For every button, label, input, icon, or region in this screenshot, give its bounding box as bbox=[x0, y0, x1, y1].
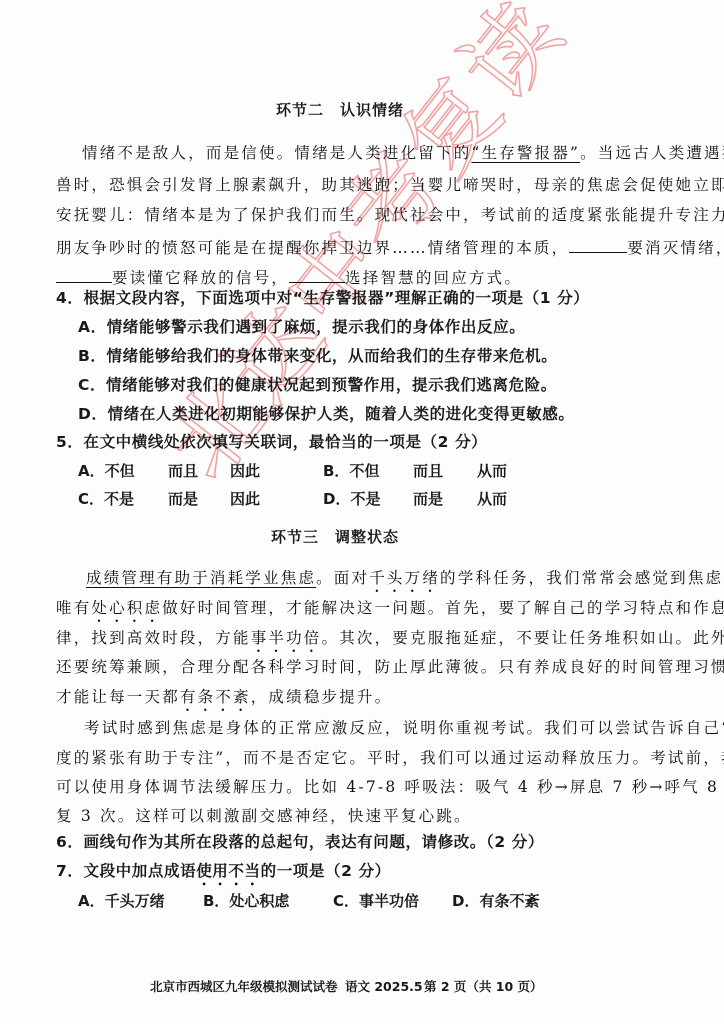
paragraph-line: 要读懂它释放的信号，选择智慧的回应方式。 bbox=[56, 266, 522, 288]
option-a[interactable]: A．千头万绪 bbox=[78, 891, 165, 911]
text: ，成绩稳步提升。 bbox=[251, 688, 393, 706]
text: 要消灭情绪， bbox=[627, 239, 724, 257]
option-a[interactable]: A．情绪能够警示我们遇到了麻烦，提示我们的身体作出反应。 bbox=[78, 317, 525, 337]
paragraph-line: 还要统筹兼顾，合理分配各科学习时间，防止厚此薄彼。只有养成良好的时间管理习惯， bbox=[56, 657, 724, 677]
option-label: B．不但 bbox=[323, 461, 379, 481]
option-b[interactable]: B．处心积虑 bbox=[203, 891, 289, 911]
option-word: 因此 bbox=[230, 461, 260, 481]
paragraph-line: 度的紧张有助于专注”，而不是否定它。平时，我们可以通过运动释放压力。考试前，我们 bbox=[56, 748, 724, 768]
paragraph-line: 成绩管理有助于消耗学业焦虑。面对千头万绪的学科任务，我们常常会感觉到焦虑， bbox=[86, 568, 724, 596]
option-c[interactable]: C．情绪能够对我们的健康状况起到预警作用，提示我们逃离危险。 bbox=[78, 375, 557, 395]
paragraph-line: 情绪不是敌人，而是信使。情绪是人类进化留下的“生存警报器”。当远古人类遭遇猛 bbox=[82, 143, 724, 163]
text: 才能让每一天都 bbox=[56, 688, 180, 706]
text: 情绪不是敌人，而是信使。情绪是人类进化留下的 bbox=[82, 144, 471, 162]
option-word: 因此 bbox=[230, 489, 260, 509]
text: 要读懂它释放的信号， bbox=[112, 269, 289, 287]
dotted-idiom: 有条不紊 bbox=[180, 688, 251, 706]
text: 7．文段中加点成语 bbox=[56, 862, 196, 880]
dotted-idiom: 事半功倍 bbox=[251, 629, 322, 647]
option-word: 而是 bbox=[413, 489, 443, 509]
dotted-idiom: 处心积虑 bbox=[91, 599, 162, 617]
text: 的学科任务，我们常常会感觉到焦虑， bbox=[440, 569, 724, 587]
page-number: 第 2 页（共 10 页） bbox=[424, 977, 543, 995]
text: 做好时间管理，才能解决这一问题。首先，要了解自己的学习特点和作息规 bbox=[162, 599, 724, 617]
question-stem: 4．根据文段内容，下面选项中对“生存警报器”理解正确的一项是（1 分） bbox=[56, 288, 589, 308]
underlined-term: “生存警报器” bbox=[471, 144, 580, 162]
text: 。面对 bbox=[316, 569, 369, 587]
underlined-sentence: 成绩管理有助于消耗学业焦虑 bbox=[86, 569, 316, 587]
option-word: 而且 bbox=[168, 461, 198, 481]
paragraph-line: 才能让每一天都有条不紊，成绩稳步提升。 bbox=[56, 687, 392, 715]
option-b[interactable]: B．情绪能够给我们的身体带来变化，从而给我们的生存带来危机。 bbox=[78, 346, 557, 366]
text: 唯有 bbox=[56, 599, 91, 617]
paragraph-line: 可以使用身体调节法缓解压力。比如 4-7-8 呼吸法：吸气 4 秒→屏息 7 秒… bbox=[56, 777, 724, 797]
paragraph-line: 兽时，恐惧会引发肾上腺素飙升，助其逃跑；当婴儿啼哭时，母亲的焦虑会促使她立即去 bbox=[56, 175, 724, 195]
option-word: 从而 bbox=[477, 489, 507, 509]
option-label: A．不但 bbox=[78, 461, 135, 481]
paragraph-line: 考试时感到焦虑是身体的正常应激反应，说明你重视考试。我们可以尝试告诉自己“适 bbox=[84, 718, 724, 738]
option-d[interactable]: D．情绪在人类进化初期能够保护人类，随着人类的进化变得更敏感。 bbox=[78, 404, 574, 424]
option-word: 从而 bbox=[477, 461, 507, 481]
question-stem: 7．文段中加点成语使用不当的一项是（2 分） bbox=[56, 861, 391, 889]
section-heading-2: 环节二 认识情绪 bbox=[276, 100, 404, 120]
paragraph-line: 安抚婴儿：情绪本是为了保护我们而生。现代社会中，考试前的适度紧张能提升专注力， bbox=[56, 205, 724, 225]
fill-blank-3[interactable] bbox=[289, 266, 345, 283]
option-word: 而且 bbox=[413, 461, 443, 481]
option-c[interactable]: C．事半功倍 bbox=[333, 891, 419, 911]
section-heading-3: 环节三 调整状态 bbox=[271, 527, 399, 547]
text: 律，找到高效时段，方能 bbox=[56, 629, 251, 647]
option-d[interactable]: D．有条不紊 bbox=[452, 891, 539, 911]
option-label: C．不是 bbox=[78, 489, 134, 509]
paragraph-line: 复 3 次。这样可以刺激副交感神经，快速平复心跳。 bbox=[56, 806, 472, 826]
exam-title: 北京市西城区九年级模拟测试试卷 bbox=[150, 977, 338, 995]
text: 。当远古人类遭遇猛 bbox=[580, 144, 724, 162]
option-word: 而是 bbox=[168, 489, 198, 509]
paragraph-line: 唯有处心积虑做好时间管理，才能解决这一问题。首先，要了解自己的学习特点和作息规 bbox=[56, 598, 724, 626]
text: 的一项是（2 分） bbox=[261, 862, 391, 880]
fill-blank-2[interactable] bbox=[56, 266, 112, 283]
question-stem: 5．在文中横线处依次填写关联词，最恰当的一项是（2 分） bbox=[56, 432, 487, 452]
text: 选择智慧的回应方式。 bbox=[345, 269, 522, 287]
option-label: D．不是 bbox=[323, 489, 380, 509]
paragraph-line: 朋友争吵时的愤怒可能是在提醒你捍卫边界……情绪管理的本质，要消灭情绪， bbox=[56, 236, 724, 258]
subject-date: 语文 2025.5 bbox=[345, 977, 423, 995]
question-6-stem: 6．画线句作为其所在段落的总起句，表达有问题，请修改。（2 分） bbox=[56, 832, 544, 852]
dotted-idiom: 千头万绪 bbox=[369, 569, 440, 587]
paragraph-line: 律，找到高效时段，方能事半功倍。其次，要克服拖延症，不要让任务堆积如山。此外， bbox=[56, 628, 724, 656]
fill-blank-1[interactable] bbox=[569, 236, 627, 253]
text: 朋友争吵时的愤怒可能是在提醒你捍卫边界……情绪管理的本质， bbox=[56, 239, 569, 257]
dotted-text: 使用不当 bbox=[196, 862, 260, 880]
text: 。其次，要克服拖延症，不要让任务堆积如山。此外， bbox=[322, 629, 724, 647]
